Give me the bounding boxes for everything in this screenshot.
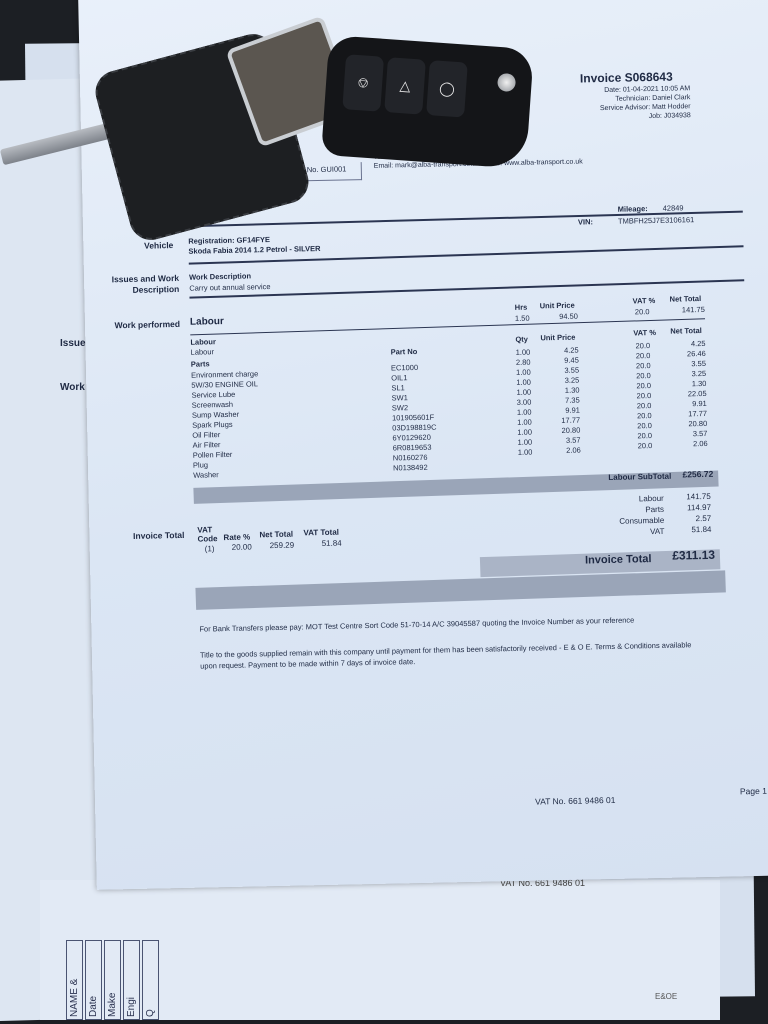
part-qty: 3.00 <box>517 398 532 407</box>
part-qty: 1.00 <box>517 408 532 417</box>
vehicle-label: Vehicle <box>123 240 173 251</box>
page-number: Page 1 of <box>740 786 768 797</box>
part-net-total: 17.77 <box>672 409 707 419</box>
part-vat: 20.0 <box>636 371 651 380</box>
part-unit-price: 3.25 <box>541 376 579 386</box>
mileage-label: Mileage: <box>618 204 648 214</box>
part-number: 6Y0129620 <box>392 433 431 443</box>
vehicle-description: Skoda Fabia 2014 1.2 Petrol - SILVER <box>188 244 320 256</box>
part-number: EC1000 <box>391 363 418 373</box>
part-qty: 1.00 <box>517 438 532 447</box>
labour-subtotal-value: £256.72 <box>673 469 713 480</box>
part-number: 6R0819653 <box>393 443 432 453</box>
vin-label: VIN: <box>578 217 593 226</box>
divider <box>189 279 744 298</box>
vat-col-code-2: Code <box>197 534 217 543</box>
part-description: Washer <box>193 470 219 480</box>
vat-col-vat: VAT Total <box>303 528 339 538</box>
part-vat: 20.0 <box>637 401 652 410</box>
key-release-button <box>497 73 516 92</box>
form-cell: Q <box>142 940 159 1020</box>
part-number: 03D198819C <box>392 423 436 433</box>
part-vat: 20.0 <box>637 421 652 430</box>
lock-icon: ◯ <box>426 60 468 118</box>
invoice-title: Invoice S068643 <box>580 70 673 86</box>
labour-net: 141.75 <box>670 305 705 315</box>
invoice-total-label: Invoice Total <box>585 553 652 566</box>
part-vat: 20.0 <box>637 391 652 400</box>
vat-col-net: Net Total <box>259 530 293 540</box>
parts-col-unit-price: Unit Price <box>540 333 575 343</box>
part-net-total: 4.25 <box>670 339 705 349</box>
part-unit-price: 1.30 <box>541 386 579 396</box>
part-vat: 20.0 <box>638 441 653 450</box>
sub-labour-text: Labour <box>191 347 215 356</box>
part-net-total: 20.80 <box>672 419 707 429</box>
part-net-total: 1.30 <box>671 379 706 389</box>
labour-col-unit-price: Unit Price <box>540 301 575 311</box>
side-label-work: Work <box>60 382 85 393</box>
vat-row-code: (1) <box>205 544 215 553</box>
vat-row-net: 259.29 <box>270 541 295 551</box>
parts-col-net: Net Total <box>670 326 702 336</box>
vat-row-rate: 20.00 <box>232 542 252 551</box>
part-qty: 1.00 <box>518 448 533 457</box>
car-keys: ⎊ △ ◯ <box>90 10 530 230</box>
issues-label-line2: Description <box>94 284 179 296</box>
parts-col-vat: VAT % <box>633 328 656 337</box>
terms-line-2: upon request. Payment to be made within … <box>200 657 415 671</box>
part-description: Plug <box>193 460 208 469</box>
part-net-total: 3.55 <box>671 359 706 369</box>
part-unit-price: 3.55 <box>541 366 579 376</box>
labour-heading: Labour <box>190 316 224 328</box>
boot-icon: △ <box>384 57 426 115</box>
part-qty: 1.00 <box>517 428 532 437</box>
footer-band <box>195 570 725 610</box>
part-unit-price: 20.80 <box>542 426 580 436</box>
part-description: Air Filter <box>192 440 220 450</box>
part-qty: 1.00 <box>516 388 531 397</box>
form-cell: Engi <box>123 940 140 1020</box>
form-cell: NAME & <box>66 940 83 1020</box>
part-number: SL1 <box>391 383 405 392</box>
bank-transfer-text: For Bank Transfers please pay: MOT Test … <box>199 615 634 633</box>
invoice-total-section-label: Invoice Total <box>99 530 184 542</box>
vehicle-registration: Registration: GF14FYE <box>188 235 270 246</box>
labour-col-vat: VAT % <box>633 296 656 305</box>
breakdown-value: 141.75 <box>671 492 711 502</box>
parts-heading: Parts <box>191 359 210 368</box>
part-vat: 20.0 <box>636 381 651 390</box>
breakdown-value: 51.84 <box>671 525 711 535</box>
part-qty: 1.00 <box>516 368 531 377</box>
part-number: 101905601F <box>392 413 434 423</box>
part-number: N0160276 <box>393 453 428 463</box>
part-number: SW1 <box>392 393 408 402</box>
invoice-total-value: £311.13 <box>665 548 715 563</box>
mileage-value: 42849 <box>663 203 684 212</box>
part-qty: 1.00 <box>517 418 532 427</box>
labour-vat: 20.0 <box>635 307 650 316</box>
parts-col-part-no: Part No <box>391 347 418 357</box>
part-number: OIL1 <box>391 373 407 382</box>
part-description: Environment charge <box>191 369 258 379</box>
vat-col-code-1: VAT <box>197 525 212 534</box>
breakdown-label: VAT <box>569 527 664 538</box>
labour-subtotal-label: Labour SubTotal <box>608 472 671 482</box>
breakdown-label: Consumable <box>569 516 664 527</box>
part-net-total: 22.05 <box>672 389 707 399</box>
part-unit-price: 7.35 <box>542 396 580 406</box>
form-cell: Date <box>85 940 102 1020</box>
eoe-text: E&OE <box>655 992 677 1001</box>
breakdown-value: 2.57 <box>671 514 711 524</box>
part-description: Pollen Filter <box>193 450 233 460</box>
part-net-total: 26.46 <box>671 349 706 359</box>
part-qty: 2.80 <box>516 358 531 367</box>
job-number: Job: J034938 <box>511 112 691 123</box>
part-description: Screenwash <box>192 400 233 410</box>
breakdown-label: Parts <box>569 505 664 516</box>
remote-key: ⎊ △ ◯ <box>321 35 534 169</box>
part-vat: 20.0 <box>637 411 652 420</box>
breakdown-label: Labour <box>569 494 664 505</box>
part-net-total: 3.25 <box>671 369 706 379</box>
part-unit-price: 17.77 <box>542 416 580 426</box>
part-vat: 20.0 <box>635 341 650 350</box>
part-number: N0138492 <box>393 463 428 473</box>
labour-col-hrs: Hrs <box>515 303 528 312</box>
vat-number: VAT No. 661 9486 01 <box>535 795 616 807</box>
part-qty: 1.00 <box>516 348 531 357</box>
part-description: Oil Filter <box>192 430 220 440</box>
work-description-text: Carry out annual service <box>189 282 270 293</box>
part-unit-price: 3.57 <box>542 436 580 446</box>
part-unit-price: 2.06 <box>543 446 581 456</box>
part-description: Sump Washer <box>192 410 239 420</box>
form-cell: Make <box>104 940 121 1020</box>
part-vat: 20.0 <box>637 431 652 440</box>
part-description: Spark Plugs <box>192 420 233 430</box>
labour-hrs: 1.50 <box>515 314 530 323</box>
part-qty: 1.00 <box>516 378 531 387</box>
part-description: Service Lube <box>191 390 235 400</box>
background-form-cells: NAME & Date Make Engi Q <box>66 940 186 1020</box>
sub-labour-heading: Labour <box>190 337 216 347</box>
part-net-total: 2.06 <box>673 439 708 449</box>
part-vat: 20.0 <box>636 351 651 360</box>
issues-label-line1: Issues and Work <box>94 273 179 285</box>
vat-col-rate: Rate % <box>223 533 250 543</box>
vat-row-vat: 51.84 <box>322 539 342 548</box>
part-vat: 20.0 <box>636 361 651 370</box>
part-unit-price: 9.91 <box>542 406 580 416</box>
unlock-door-icon: ⎊ <box>342 54 384 112</box>
terms-line-1: Title to the goods supplied remain with … <box>200 640 692 659</box>
work-performed-label: Work performed <box>95 319 180 331</box>
part-unit-price: 9.45 <box>541 356 579 366</box>
divider <box>190 318 705 335</box>
part-description: 5W/30 ENGINE OIL <box>191 379 258 389</box>
breakdown-value: 114.97 <box>671 503 711 513</box>
part-net-total: 9.91 <box>672 399 707 409</box>
vin-value: TMBFH25J7E3106161 <box>618 215 694 226</box>
parts-col-qty: Qty <box>515 335 528 344</box>
part-number: SW2 <box>392 403 408 412</box>
part-net-total: 3.57 <box>672 429 707 439</box>
labour-col-net: Net Total <box>670 294 702 304</box>
side-label-issue: Issue <box>60 338 86 349</box>
part-unit-price: 4.25 <box>541 346 579 356</box>
labour-unit-price: 94.50 <box>540 312 578 322</box>
work-description-heading: Work Description <box>189 271 251 281</box>
